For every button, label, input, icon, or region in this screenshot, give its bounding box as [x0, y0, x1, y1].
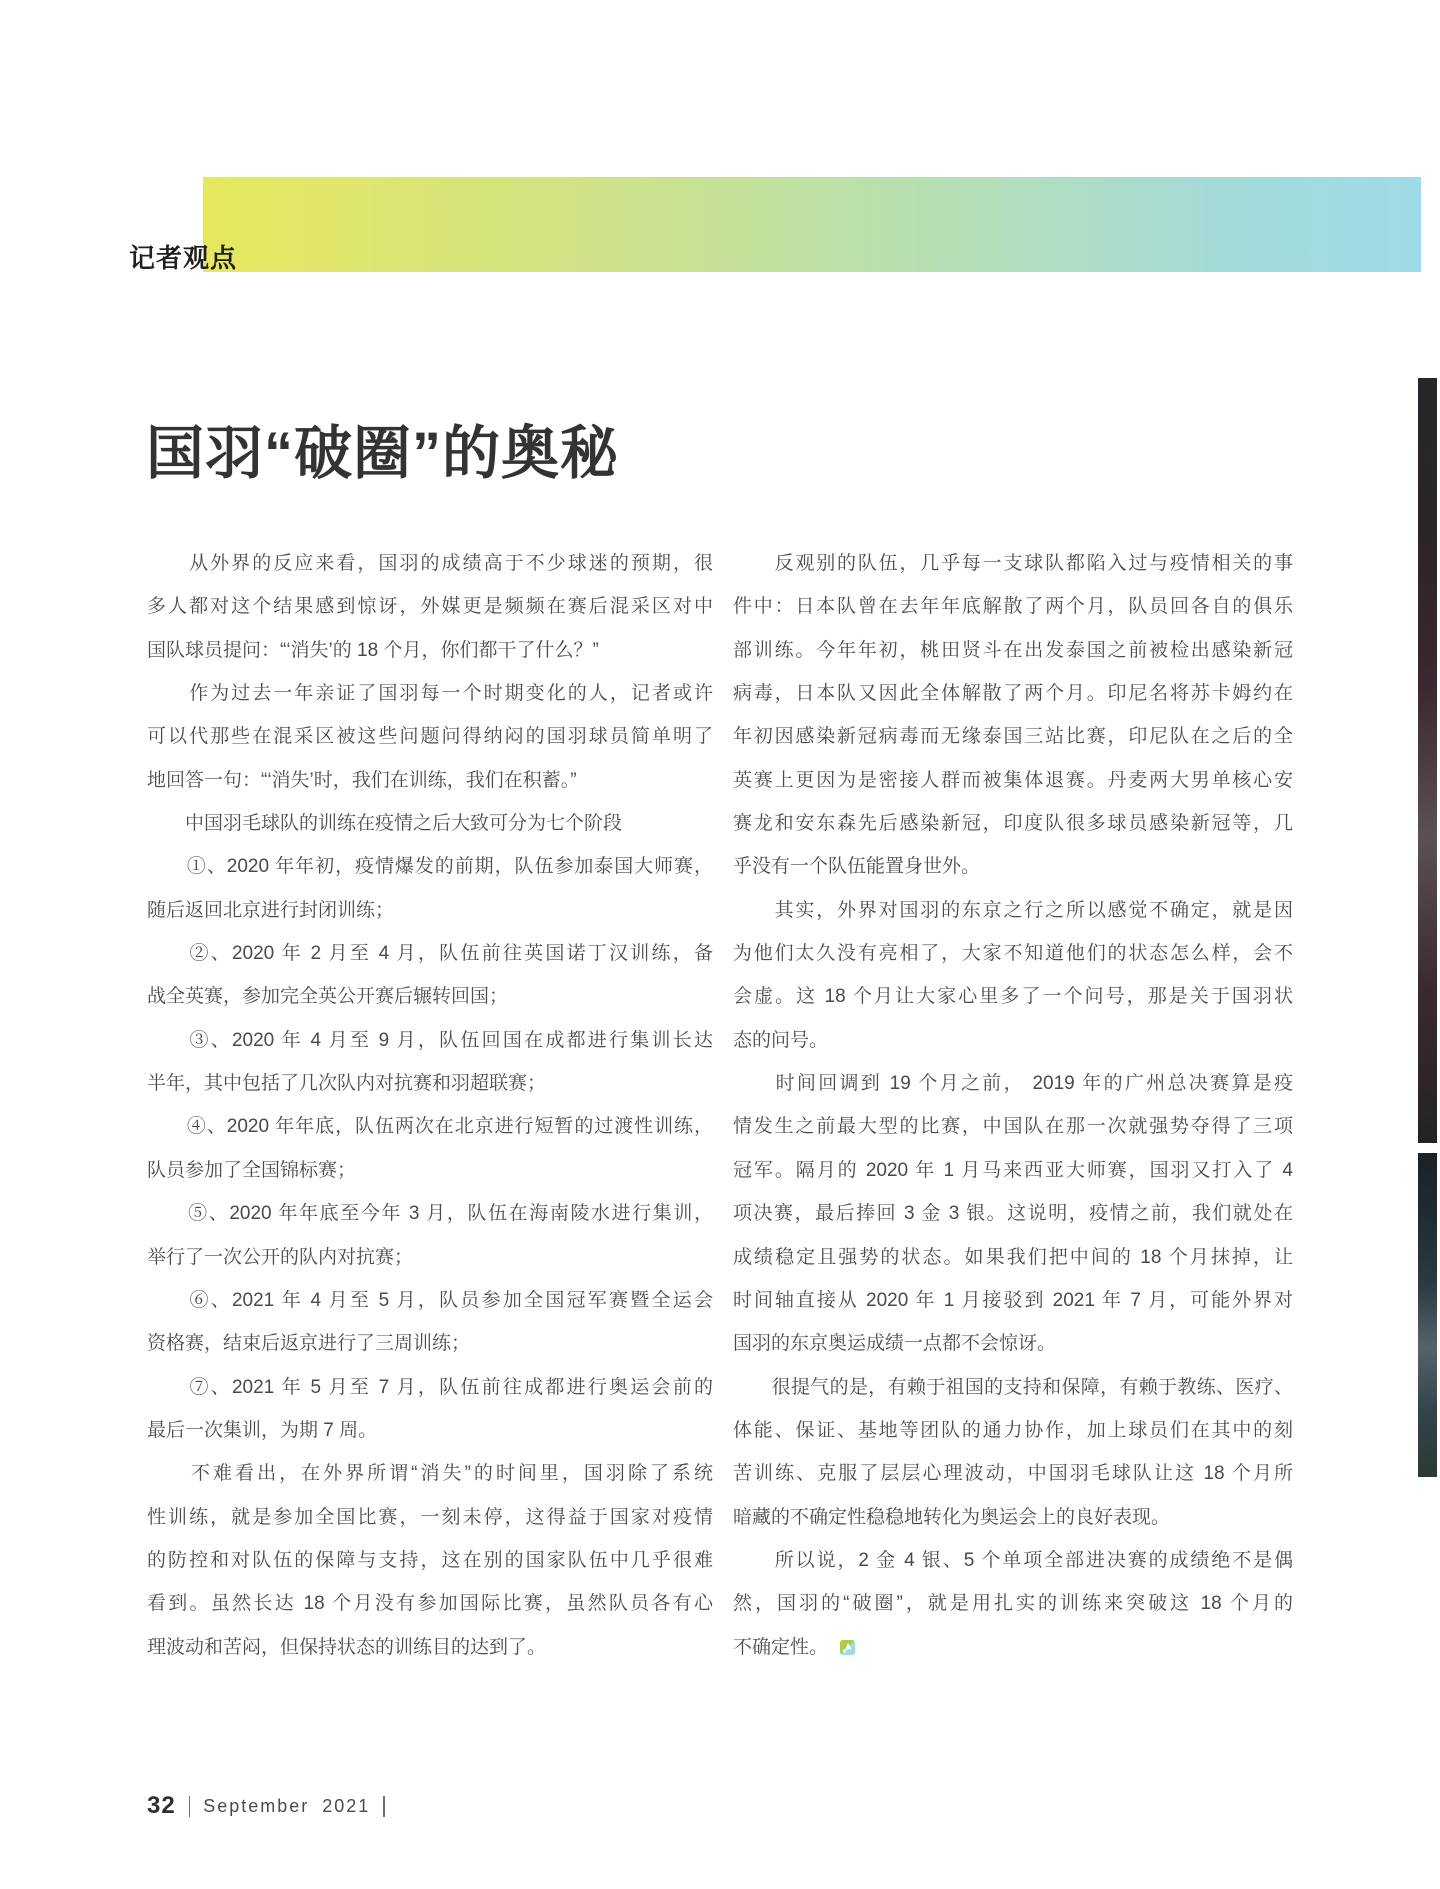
body-line: 地回答一句：“‘消失’时，我们在训练，我们在积蓄。” — [147, 759, 713, 802]
body-line: 然，国羽的“破圈”，就是用扎实的训练来突破这 18 个月的 — [733, 1582, 1293, 1625]
issue-date: September 2021 — [203, 1796, 370, 1817]
body-line: 英赛上更因为是密接人群而被集体退赛。丹麦两大男单核心安 — [733, 759, 1293, 802]
section-label: 记者观点 — [129, 238, 237, 275]
body-line: 部训练。今年年初，桃田贤斗在出发泰国之前被检出感染新冠 — [733, 629, 1293, 672]
body-line: ③、2020 年 4 月至 9 月，队伍回国在成都进行集训长达 — [147, 1019, 713, 1062]
body-line: ①、2020 年年初，疫情爆发的前期，队伍参加泰国大师赛， — [147, 845, 713, 888]
body-line: 随后返回北京进行封闭训练； — [147, 889, 713, 932]
body-line: 可以代那些在混采区被这些问题问得纳闷的国羽球员简单明了 — [147, 715, 713, 758]
footer-separator — [189, 1796, 191, 1817]
body-line: 情发生之前最大型的比赛，中国队在那一次就强势夺得了三项 — [733, 1105, 1293, 1148]
body-line: 国羽的东京奥运成绩一点都不会惊讶。 — [733, 1322, 1293, 1365]
body-line: 队员参加了全国锦标赛； — [147, 1149, 713, 1192]
body-line: 成绩稳定且强势的状态。如果我们把中间的 18 个月抹掉，让 — [733, 1236, 1293, 1279]
body-line: 性训练，就是参加全国比赛，一刻未停，这得益于国家对疫情 — [147, 1496, 713, 1539]
body-line: ②、2020 年 2 月至 4 月，队伍前往英国诺丁汉训练，备 — [147, 932, 713, 975]
body-line: 资格赛，结束后返京进行了三周训练； — [147, 1322, 713, 1365]
body-line: 暗藏的不确定性稳稳地转化为奥运会上的良好表现。 — [733, 1496, 1293, 1539]
body-line: 从外界的反应来看，国羽的成绩高于不少球迷的预期，很 — [147, 542, 713, 585]
body-line: ⑦、2021 年 5 月至 7 月，队伍前往成都进行奥运会前的 — [147, 1366, 713, 1409]
body-line: 理波动和苦闷，但保持状态的训练目的达到了。 — [147, 1626, 713, 1669]
body-line: 时间回调到 19 个月之前， 2019 年的广州总决赛算是疫 — [733, 1062, 1293, 1105]
shuttlecock-end-icon — [840, 1640, 855, 1655]
article-title: 国羽“破圈”的奥秘 — [146, 406, 619, 490]
text-column-left: 从外界的反应来看，国羽的成绩高于不少球迷的预期，很多人都对这个结果感到惊讶，外媒… — [147, 542, 713, 1669]
body-line: 看到。虽然长达 18 个月没有参加国际比赛，虽然队员各有心 — [147, 1582, 713, 1625]
body-line: 会虚。这 18 个月让大家心里多了一个问号，那是关于国羽状 — [733, 975, 1293, 1018]
body-line: 反观别的队伍，几乎每一支球队都陷入过与疫情相关的事 — [733, 542, 1293, 585]
body-line: 赛龙和安东森先后感染新冠，印度队很多球员感染新冠等，几 — [733, 802, 1293, 845]
body-line: ⑥、2021 年 4 月至 5 月，队员参加全国冠军赛暨全运会 — [147, 1279, 713, 1322]
body-line: 很提气的是，有赖于祖国的支持和保障，有赖于教练、医疗、 — [733, 1366, 1293, 1409]
body-line: 项决赛，最后捧回 3 金 3 银。这说明，疫情之前，我们就处在 — [733, 1192, 1293, 1235]
body-line: 苦训练、克服了层层心理波动，中国羽毛球队让这 18 个月所 — [733, 1452, 1293, 1495]
magazine-page: 记者观点 国羽“破圈”的奥秘 从外界的反应来看，国羽的成绩高于不少球迷的预期，很… — [0, 0, 1440, 1889]
page-number: 32 — [147, 1792, 176, 1820]
body-line: 最后一次集训，为期 7 周。 — [147, 1409, 713, 1452]
body-line: 半年，其中包括了几次队内对抗赛和羽超联赛； — [147, 1062, 713, 1105]
body-line: 其实，外界对国羽的东京之行之所以感觉不确定，就是因 — [733, 889, 1293, 932]
body-line: 体能、保证、基地等团队的通力协作，加上球员们在其中的刻 — [733, 1409, 1293, 1452]
text-column-right: 反观别的队伍，几乎每一支球队都陷入过与疫情相关的事件中：日本队曾在去年年底解散了… — [733, 542, 1293, 1669]
body-line: 战全英赛，参加完全英公开赛后辗转回国； — [147, 975, 713, 1018]
body-line: 所以说，2 金 4 银、5 个单项全部进决赛的成绩绝不是偶 — [733, 1539, 1293, 1582]
body-line: 乎没有一个队伍能置身世外。 — [733, 845, 1293, 888]
body-line: 多人都对这个结果感到惊讶，外媒更是频频在赛后混采区对中 — [147, 585, 713, 628]
body-line: 态的问号。 — [733, 1019, 1293, 1062]
body-line: 作为过去一年亲证了国羽每一个时期变化的人，记者或许 — [147, 672, 713, 715]
body-line: 为他们太久没有亮相了，大家不知道他们的状态怎么样，会不 — [733, 932, 1293, 975]
body-line: 病毒，日本队又因此全体解散了两个月。印尼名将苏卡姆约在 — [733, 672, 1293, 715]
body-line: 不难看出，在外界所谓“消失”的时间里，国羽除了系统 — [147, 1452, 713, 1495]
body-line: 时间轴直接从 2020 年 1 月接驳到 2021 年 7 月，可能外界对 — [733, 1279, 1293, 1322]
body-line: 举行了一次公开的队内对抗赛； — [147, 1236, 713, 1279]
body-line: 的防控和对队伍的保障与支持，这在别的国家队伍中几乎很难 — [147, 1539, 713, 1582]
footer-separator — [383, 1796, 385, 1817]
body-line: 年初因感染新冠病毒而无缘泰国三站比赛，印尼队在之后的全 — [733, 715, 1293, 758]
page-edge-photo-strip-top — [1418, 378, 1437, 1143]
body-line: ⑤、2020 年年底至今年 3 月，队伍在海南陵水进行集训， — [147, 1192, 713, 1235]
body-line: ④、2020 年年底，队伍两次在北京进行短暂的过渡性训练， — [147, 1105, 713, 1148]
body-line: 冠军。隔月的 2020 年 1 月马来西亚大师赛，国羽又打入了 4 — [733, 1149, 1293, 1192]
gradient-accent-bar — [203, 177, 1421, 272]
body-line: 不确定性。 — [733, 1626, 1293, 1669]
body-line: 中国羽毛球队的训练在疫情之后大致可分为七个阶段 — [147, 802, 713, 845]
body-line: 国队球员提问：“‘消失’的 18 个月，你们都干了什么？” — [147, 629, 713, 672]
page-edge-photo-strip-bottom — [1418, 1153, 1437, 1477]
page-footer: 32 September 2021 — [147, 1792, 385, 1820]
body-line: 件中：日本队曾在去年年底解散了两个月，队员回各自的俱乐 — [733, 585, 1293, 628]
